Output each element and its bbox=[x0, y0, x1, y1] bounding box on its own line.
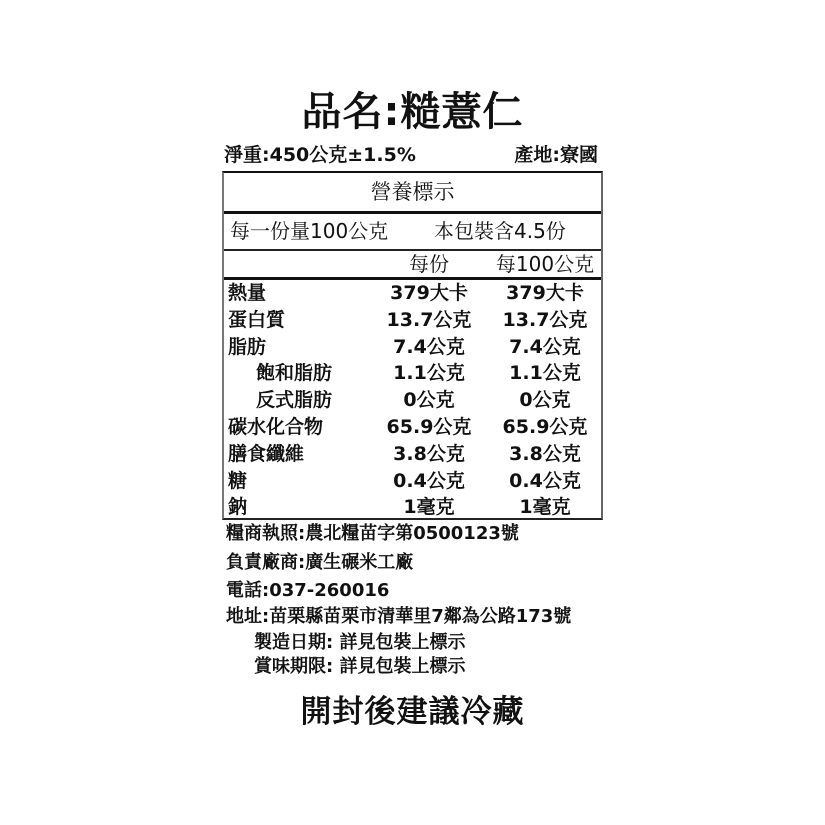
nutrient-per-serving: 1毫克 bbox=[374, 494, 484, 521]
nutrient-rows: 熱量379大卡379大卡蛋白質13.7公克13.7公克脂肪7.4公克7.4公克飽… bbox=[224, 280, 601, 521]
manufacture-date: 製造日期: 詳見包裝上標示 bbox=[254, 628, 465, 654]
nutrient-row: 反式脂肪0公克0公克 bbox=[224, 387, 601, 414]
nutrient-per-serving: 379大卡 bbox=[374, 280, 484, 307]
origin: 產地:寮國 bbox=[514, 140, 598, 167]
nutrition-facts-table: 營養標示 每一份量100公克 本包裝含4.5份 每份 每100公克 熱量379大… bbox=[222, 171, 603, 520]
nutrition-heading: 營養標示 bbox=[224, 173, 601, 214]
nutrient-per-serving: 1.1公克 bbox=[374, 360, 484, 387]
nutrient-row: 糖0.4公克0.4公克 bbox=[224, 468, 601, 495]
nutrient-per-100g: 65.9公克 bbox=[489, 414, 601, 441]
nutrient-per-serving: 65.9公克 bbox=[374, 414, 484, 441]
nutrient-row: 蛋白質13.7公克13.7公克 bbox=[224, 307, 601, 334]
nutrient-name: 反式脂肪 bbox=[256, 387, 332, 414]
nutrient-per-100g: 13.7公克 bbox=[489, 307, 601, 334]
nutrient-per-serving: 7.4公克 bbox=[374, 334, 484, 361]
nutrient-name: 蛋白質 bbox=[228, 307, 285, 334]
product-name-title: 品名:糙薏仁 bbox=[0, 80, 825, 137]
nutrient-name: 鈉 bbox=[228, 494, 247, 521]
weight-origin-row: 淨重:450公克±1.5% 產地:寮國 bbox=[224, 140, 602, 168]
nutrient-name: 碳水化合物 bbox=[228, 414, 323, 441]
grain-license: 糧商執照:農北糧苗字第0500123號 bbox=[226, 519, 519, 545]
nutrient-row: 熱量379大卡379大卡 bbox=[224, 280, 601, 307]
nutrient-per-100g: 1.1公克 bbox=[489, 360, 601, 387]
nutrient-name: 膳食纖維 bbox=[228, 441, 304, 468]
address: 地址:苗栗縣苗栗市清華里7鄰為公路173號 bbox=[226, 602, 571, 628]
nutrient-per-serving: 13.7公克 bbox=[374, 307, 484, 334]
nutrient-row: 碳水化合物65.9公克65.9公克 bbox=[224, 414, 601, 441]
nutrient-per-100g: 0.4公克 bbox=[489, 468, 601, 495]
serving-size: 每一份量100公克 bbox=[230, 219, 388, 243]
nutrient-per-100g: 0公克 bbox=[489, 387, 601, 414]
nutrient-name: 糖 bbox=[228, 468, 247, 495]
column-header-row: 每份 每100公克 bbox=[224, 251, 601, 280]
nutrient-name: 脂肪 bbox=[228, 334, 266, 361]
nutrient-name: 飽和脂肪 bbox=[256, 360, 332, 387]
nutrient-per-serving: 3.8公克 bbox=[374, 441, 484, 468]
serving-info-row: 每一份量100公克 本包裝含4.5份 bbox=[224, 214, 601, 251]
nutrient-per-100g: 3.8公克 bbox=[489, 441, 601, 468]
expiry-date: 賞味期限: 詳見包裝上標示 bbox=[254, 652, 465, 678]
nutrient-per-100g: 379大卡 bbox=[489, 280, 601, 307]
nutrient-row: 飽和脂肪1.1公克1.1公克 bbox=[224, 360, 601, 387]
nutrient-row: 鈉1毫克1毫克 bbox=[224, 494, 601, 521]
servings-per-package: 本包裝含4.5份 bbox=[434, 214, 566, 249]
net-weight: 淨重:450公克±1.5% bbox=[224, 140, 416, 167]
column-per-100g: 每100公克 bbox=[489, 251, 601, 277]
manufacturer: 負責廠商:廣生碾米工廠 bbox=[226, 548, 413, 574]
refrigerate-notice: 開封後建議冷藏 bbox=[0, 686, 825, 731]
nutrient-row: 脂肪7.4公克7.4公克 bbox=[224, 334, 601, 361]
nutrient-per-100g: 1毫克 bbox=[489, 494, 601, 521]
nutrient-name: 熱量 bbox=[228, 280, 266, 307]
nutrient-per-serving: 0公克 bbox=[374, 387, 484, 414]
column-per-serving: 每份 bbox=[374, 251, 484, 277]
nutrient-per-serving: 0.4公克 bbox=[374, 468, 484, 495]
nutrient-per-100g: 7.4公克 bbox=[489, 334, 601, 361]
nutrient-row: 膳食纖維3.8公克3.8公克 bbox=[224, 441, 601, 468]
phone: 電話:037-260016 bbox=[226, 576, 389, 602]
